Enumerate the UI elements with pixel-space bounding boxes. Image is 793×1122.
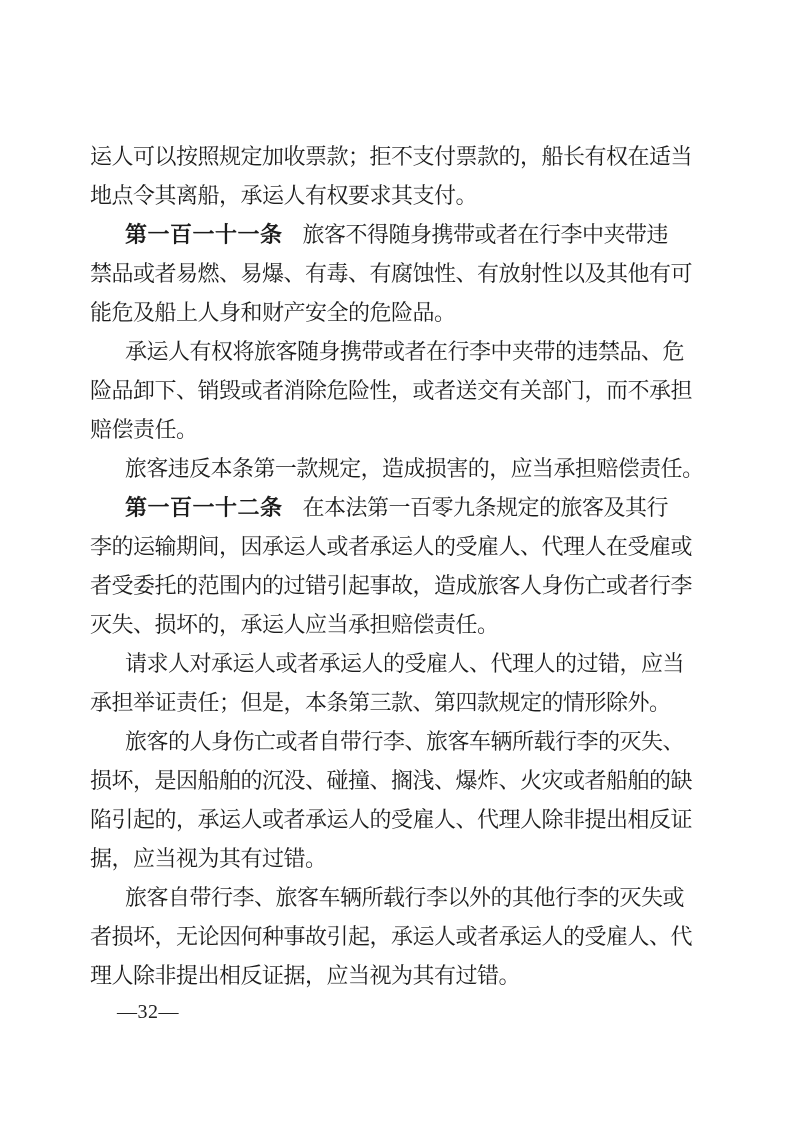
text-line: 损坏，是因船舶的沉没、碰撞、搁浅、爆炸、火灾或者船舶的缺 <box>90 761 704 800</box>
text-line: 承运人有权将旅客随身携带或者在行李中夹带的违禁品、危 <box>90 332 704 371</box>
article-first-line-text: 在本法第一百零九条规定的旅客及其行 <box>303 495 669 520</box>
document-page: 运人可以按照规定加收票款；拒不支付票款的，船长有权在适当 地点令其离船，承运人有… <box>0 0 793 1122</box>
document-body: 运人可以按照规定加收票款；拒不支付票款的，船长有权在适当 地点令其离船，承运人有… <box>90 137 704 995</box>
text-line: 赔偿责任。 <box>90 410 704 449</box>
text-line: 旅客的人身伤亡或者自带行李、旅客车辆所载行李的灭失、 <box>90 722 704 761</box>
text-line: 旅客自带行李、旅客车辆所载行李以外的其他行李的灭失或 <box>90 878 704 917</box>
text-line: 第一百一十一条旅客不得随身携带或者在行李中夹带违 <box>90 215 704 254</box>
text-line: 理人除非提出相反证据，应当视为其有过错。 <box>90 956 704 995</box>
text-line: 能危及船上人身和财产安全的危险品。 <box>90 293 704 332</box>
text-line: 地点令其离船，承运人有权要求其支付。 <box>90 176 704 215</box>
text-line: 险品卸下、销毁或者消除危险性，或者送交有关部门，而不承担 <box>90 371 704 410</box>
text-line: 第一百一十二条在本法第一百零九条规定的旅客及其行 <box>90 488 704 527</box>
text-line: 据，应当视为其有过错。 <box>90 839 704 878</box>
text-line: 者损坏，无论因何种事故引起，承运人或者承运人的受雇人、代 <box>90 917 704 956</box>
text-line: 请求人对承运人或者承运人的受雇人、代理人的过错，应当 <box>90 644 704 683</box>
text-line: 陷引起的，承运人或者承运人的受雇人、代理人除非提出相反证 <box>90 800 704 839</box>
text-line: 灭失、损坏的，承运人应当承担赔偿责任。 <box>90 605 704 644</box>
text-line: 禁品或者易燃、易爆、有毒、有腐蚀性、有放射性以及其他有可 <box>90 254 704 293</box>
article-number-heading: 第一百一十二条 <box>125 495 283 520</box>
text-line: 旅客违反本条第一款规定，造成损害的，应当承担赔偿责任。 <box>90 449 702 488</box>
text-line: 承担举证责任；但是，本条第三款、第四款规定的情形除外。 <box>90 683 704 722</box>
page-number: —32— <box>117 998 179 1026</box>
text-line: 者受委托的范围内的过错引起事故，造成旅客人身伤亡或者行李 <box>90 566 704 605</box>
text-line: 李的运输期间，因承运人或者承运人的受雇人、代理人在受雇或 <box>90 527 704 566</box>
text-line: 运人可以按照规定加收票款；拒不支付票款的，船长有权在适当 <box>90 137 704 176</box>
article-first-line-text: 旅客不得随身携带或者在行李中夹带违 <box>303 222 669 247</box>
article-number-heading: 第一百一十一条 <box>125 222 283 247</box>
